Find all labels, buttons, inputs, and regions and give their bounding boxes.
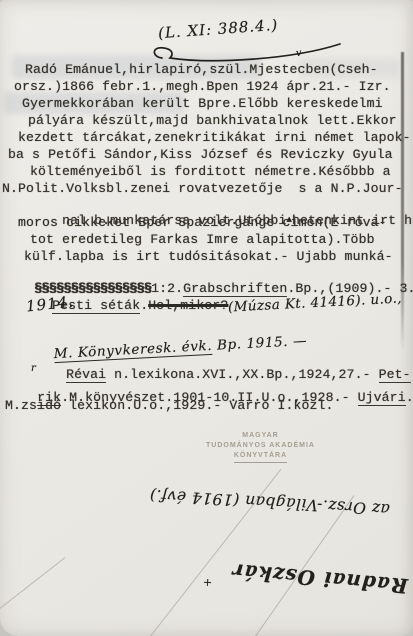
typed-line: külf.lapba is irt tudósitásokat.- Ujabb …: [24, 249, 393, 264]
hand-segment: Bp. 1915. —: [212, 333, 308, 354]
typed-line: kezdett tárcákat,zenekritikákat irni ném…: [18, 130, 411, 145]
typed-line: N.Polit.Volksbl.zenei rovatvezetője s a …: [2, 181, 403, 196]
typed-segment: .: [406, 390, 413, 405]
pencil-stroke: [0, 557, 65, 614]
typed-line: Gyermekkorában került Bpre.Előbb kereske…: [22, 96, 383, 111]
typed-underlined-name: Ujvári: [358, 390, 406, 406]
typed-line: ba s Petőfi Sándor,Kiss József és Revicz…: [8, 147, 393, 162]
hand-addition-note: (Múzsa Kt. 41416). u.o.,: [228, 291, 403, 315]
index-card: (L. XI: 388.4.) v Radó Emánuel,hirlapiró…: [0, 0, 413, 636]
typed-line: tot eredetileg Farkas Imre alapitotta).T…: [30, 232, 375, 247]
typed-line: költeményeiből is forditott németre.Késő…: [30, 164, 391, 179]
hand-plus-mark: +: [203, 576, 213, 589]
stamp-line: MAGYAR: [188, 431, 333, 441]
hand-source-note-upside-down: az Orsz.-Világban (1914 évf.): [112, 484, 391, 519]
typed-line: moros cikkeket Bper Spaziergänge cimen(E…: [18, 215, 387, 230]
stamp-line: KÖNYVTÁRA: [188, 451, 333, 463]
library-stamp: MAGYAR TUDOMÁNYOS AKADÉMIA KÖNYVTÁRA: [188, 431, 333, 463]
stamp-line: TUDOMÁNYOS AKADÉMIA: [188, 441, 333, 451]
typed-line: orsz.)1866 febr.1.,megh.Bpen 1924 ápr.21…: [14, 79, 391, 94]
hand-hacek-mark: v: [295, 48, 302, 60]
typed-line: pályára készült,majd bankhivatalnok lett…: [28, 113, 397, 128]
biblio-line: M.zsidó lexikon.U.o.,1929.- Varró I.közl…: [5, 398, 334, 413]
hand-name-note-upside-down: Radnai Oszkár: [217, 558, 408, 598]
typed-line: Radó Emánuel,hirlapiró,szül.Mjestecben(C…: [25, 62, 378, 77]
hand-correction-letter: r: [31, 363, 36, 374]
struck-out-text: Hol,mikor?: [148, 298, 228, 313]
